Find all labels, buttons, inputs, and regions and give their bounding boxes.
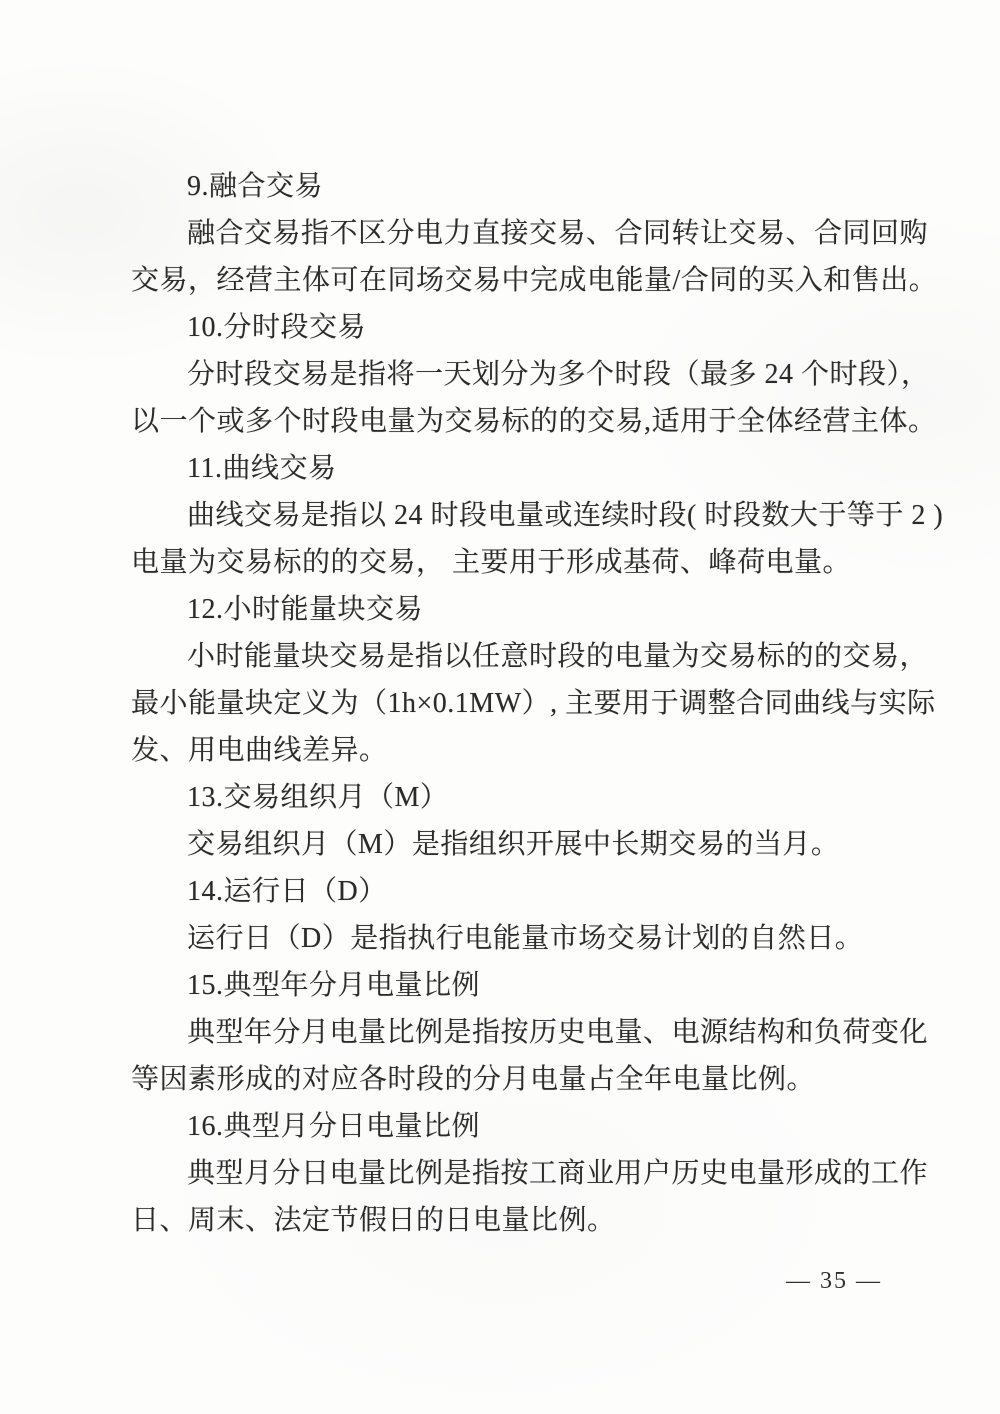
document-page: 9.融合交易融合交易指不区分电力直接交易、合同转让交易、合同回购交易，经营主体可… xyxy=(0,0,1000,1414)
text-line: 日、周末、法定节假日的日电量比例。 xyxy=(131,1197,891,1244)
text-line: 运行日（D）是指执行电能量市场交易计划的自然日。 xyxy=(131,915,891,962)
text-line: 交易，经营主体可在同场交易中完成电能量/合同的买入和售出。 xyxy=(131,257,891,304)
section-heading: 9.融合交易 xyxy=(131,163,891,210)
text-line: 交易组织月（M）是指组织开展中长期交易的当月。 xyxy=(131,821,891,868)
text-line: 小时能量块交易是指以任意时段的电量为交易标的的交易， xyxy=(131,633,891,680)
text-line: 电量为交易标的的交易， 主要用于形成基荷、峰荷电量。 xyxy=(131,539,891,586)
page-number: — 35 — xyxy=(786,1268,882,1295)
text-line: 发、用电曲线差异。 xyxy=(131,727,891,774)
section-heading: 13.交易组织月（M） xyxy=(131,774,891,821)
section-heading: 11.曲线交易 xyxy=(131,445,891,492)
section-heading: 10.分时段交易 xyxy=(131,304,891,351)
text-line: 最小能量块定义为（1h×0.1MW）, 主要用于调整合同曲线与实际 xyxy=(131,680,891,727)
text-line: 以一个或多个时段电量为交易标的的交易,适用于全体经营主体。 xyxy=(131,398,891,445)
document-lines: 9.融合交易融合交易指不区分电力直接交易、合同转让交易、合同回购交易，经营主体可… xyxy=(0,0,891,1244)
text-line: 典型月分日电量比例是指按工商业用户历史电量形成的工作 xyxy=(131,1150,891,1197)
section-heading: 14.运行日（D） xyxy=(131,868,891,915)
section-heading: 15.典型年分月电量比例 xyxy=(131,962,891,1009)
text-line: 融合交易指不区分电力直接交易、合同转让交易、合同回购 xyxy=(131,210,891,257)
text-line: 曲线交易是指以 24 时段电量或连续时段( 时段数大于等于 2 ) xyxy=(131,492,891,539)
text-line: 典型年分月电量比例是指按历史电量、电源结构和负荷变化 xyxy=(131,1009,891,1056)
text-line: 分时段交易是指将一天划分为多个时段（最多 24 个时段）， xyxy=(131,351,891,398)
section-heading: 16.典型月分日电量比例 xyxy=(131,1103,891,1150)
section-heading: 12.小时能量块交易 xyxy=(131,586,891,633)
text-line: 等因素形成的对应各时段的分月电量占全年电量比例。 xyxy=(131,1056,891,1103)
